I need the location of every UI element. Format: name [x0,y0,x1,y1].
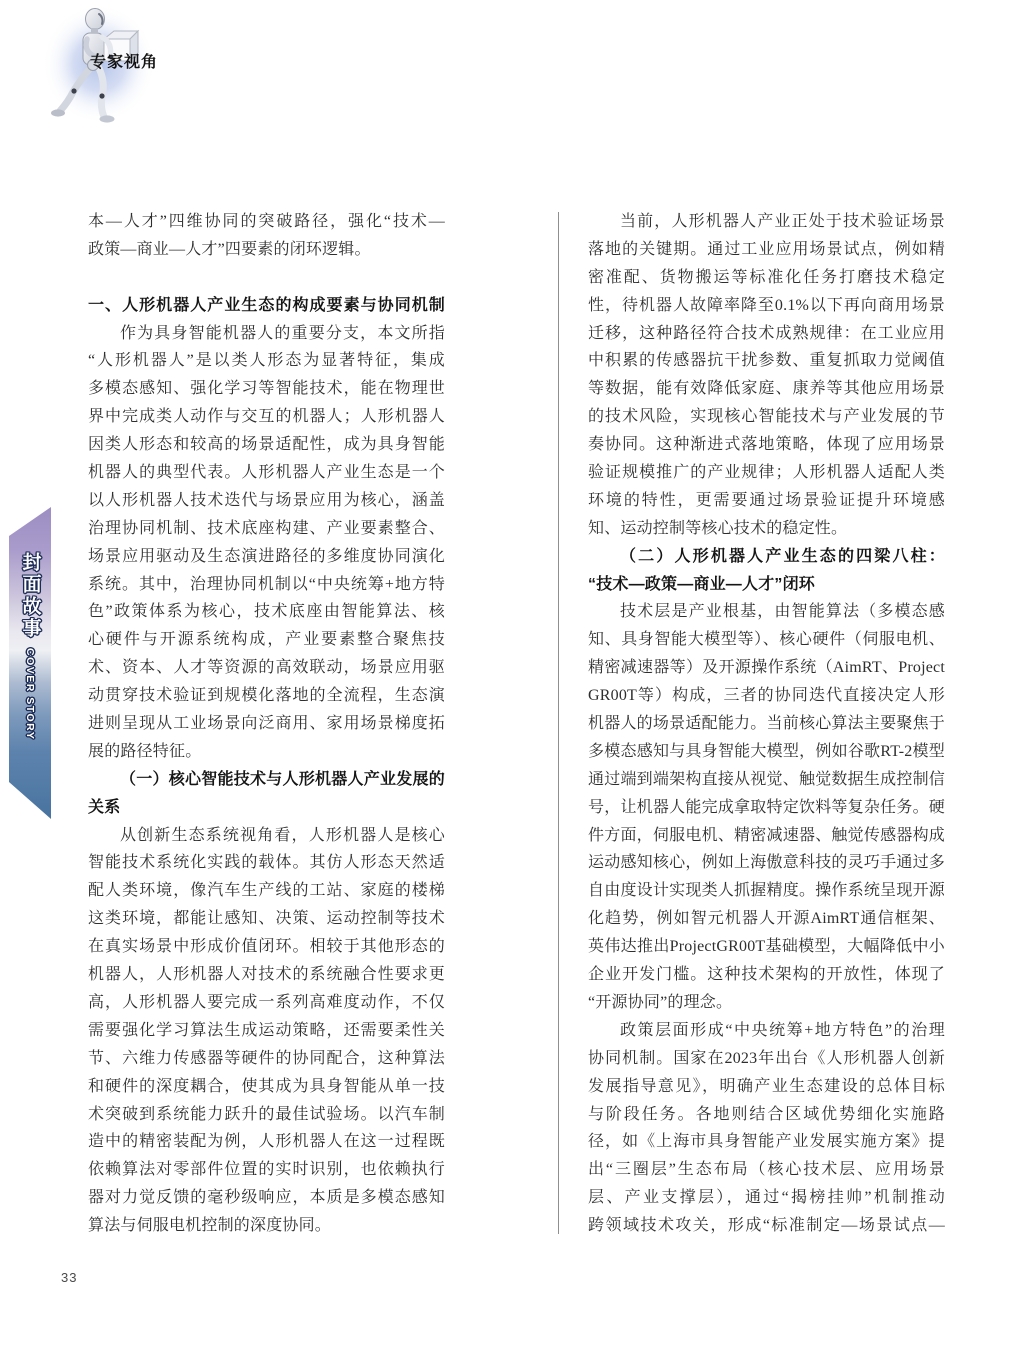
text-line: 英伟达推出ProjectGR00T基础模型，大幅降低中小 [588,933,945,961]
text-line: 迁移，这种路径符合技术成熟规律：在工业应用 [588,320,945,348]
heading-line: （一）核心智能技术与人形机器人产业发展的 [88,766,445,794]
text-line: 这类环境，都能让感知、决策、运动控制等技术 [88,905,445,933]
text-line: 从创新生态系统视角看，人形机器人是核心 [88,822,445,850]
text-line: 高，人形机器人要完成一系列高难度动作，不仅 [88,989,445,1017]
text-line: 出“三圈层”生态布局（核心技术层、应用场景 [588,1156,945,1184]
text-line: 机器人的典型代表。人形机器人产业生态是一个 [88,459,445,487]
heading-line: （二）人形机器人产业生态的四梁八柱： [588,543,945,571]
heading-line: 关系 [88,794,445,822]
text-line: 与阶段任务。各地则结合区域优势细化实施路 [588,1101,945,1129]
text-line: 性，待机器人故障率降至0.1%以下再向商用场景 [588,292,945,320]
text-line: 本—人才”四维协同的突破路径，强化“技术— [88,208,445,236]
text-line: 件方面，伺服电机、精密减速器、触觉传感器构成 [588,822,945,850]
text-line: 层、产业支撑层），通过“揭榜挂帅”机制推动 [588,1184,945,1212]
left-column: 本—人才”四维协同的突破路径，强化“技术—政策—商业—人才”四要素的闭环逻辑。一… [88,208,445,1240]
text-line: GR00T等）构成，三者的协同迭代直接决定人形 [588,682,945,710]
text-line: 运动感知核心，例如上海傲意科技的灵巧手通过多 [588,849,945,877]
text-line: 多模态感知与具身智能大模型，例如谷歌RT-2模型 [588,738,945,766]
text-line: 心硬件与开源系统构成，产业要素整合聚焦技 [88,626,445,654]
text-line: 节、六维力传感器等硬件的协同配合，这种算法 [88,1045,445,1073]
text-line: 知、具身智能大模型等）、核心硬件（伺服电机、 [588,626,945,654]
magazine-page: 专家视角 封面故事 COVER STORY 本—人才”四维协同的突破路径，强化“… [0,0,1014,1345]
text-line: 术突破到系统能力跃升的最佳试验场。以汽车制 [88,1101,445,1129]
text-line: “开源协同”的理念。 [588,989,945,1017]
text-line: 协同机制。国家在2023年出台《人形机器人创新 [588,1045,945,1073]
text-line: 因类人形态和较高的场景适配性，成为具身智能 [88,431,445,459]
text-line: 造中的精密装配为例，人形机器人在这一过程既 [88,1128,445,1156]
text-line: 奏协同。这种渐进式落地策略，体现了应用场景 [588,431,945,459]
ribbon-title-cn: 封面故事 [17,552,44,640]
text-line: 以人形机器人技术迭代与场景应用为核心，涵盖 [88,487,445,515]
text-line: 跨领域技术攻关，形成“标准制定—场景试点— [588,1212,945,1240]
text-line: 展的路径特征。 [88,738,445,766]
text-line: 政策—商业—人才”四要素的闭环逻辑。 [88,236,445,264]
page-number: 33 [61,1270,77,1285]
text-line: 中积累的传感器抗干扰参数、重复抓取力觉阈值 [588,347,945,375]
right-column: 当前，人形机器人产业正处于技术验证场景落地的关键期。通过工业应用场景试点，例如精… [588,208,945,1240]
heading-line: “技术—政策—商业—人才”闭环 [588,571,945,599]
text-line: 多模态感知、强化学习等智能技术，能在物理世 [88,375,445,403]
text-line: 密准配、货物搬运等标准化任务打磨技术稳定 [588,264,945,292]
text-line: 配人类环境，像汽车生产线的工站、家庭的楼梯 [88,877,445,905]
text-line: 作为具身智能机器人的重要分支，本文所指 [88,320,445,348]
text-line: 系统。其中，治理协同机制以“中央统筹+地方特 [88,571,445,599]
text-line: 场景应用驱动及生态演进路径的多维度协同演化 [88,543,445,571]
text-line: 的技术风险，实现核心智能技术与产业发展的节 [588,403,945,431]
text-line: 术、资本、人才等资源的高效联动，场景应用驱 [88,654,445,682]
text-line: 企业开发门槛。这种技术架构的开放性，体现了 [588,961,945,989]
text-line: 进则呈现从工业场景向泛商用、家用场景梯度拓 [88,710,445,738]
text-line: 智能技术系统化实践的载体。其仿人形态天然适 [88,849,445,877]
text-line: 等数据，能有效降低家庭、康养等其他应用场景 [588,375,945,403]
text-line: 精密减速器等）及开源操作系统（AimRT、Project [588,654,945,682]
text-line: 机器人的场景适配能力。当前核心算法主要聚焦于 [588,710,945,738]
text-line: 化趋势，例如智元机器人开源AimRT通信框架、 [588,905,945,933]
text-line: 和硬件的深度耦合，使其成为具身智能从单一技 [88,1073,445,1101]
text-line: 验证规模推广的产业规律；人形机器人适配人类 [588,459,945,487]
text-line: 界中完成类人动作与交互的机器人；人形机器人 [88,403,445,431]
text-line: 号，让机器人能完成拿取特定饮料等复杂任务。硬 [588,794,945,822]
text-line: 落地的关键期。通过工业应用场景试点，例如精 [588,236,945,264]
text-line: 器对力觉反馈的毫秒级响应，本质是多模态感知 [88,1184,445,1212]
text-line: 动贯穿技术验证到规模化落地的全流程，生态演 [88,682,445,710]
text-line: 技术层是产业根基，由智能算法（多模态感 [588,598,945,626]
text-line: 通过端到端架构直接从视觉、触觉数据生成控制信 [588,766,945,794]
text-line: 知、运动控制等核心技术的稳定性。 [588,515,945,543]
text-line: 机器人，人形机器人对技术的系统融合性要求更 [88,961,445,989]
cover-story-ribbon: 封面故事 COVER STORY [7,505,53,821]
text-line: 政策层面形成“中央统筹+地方特色”的治理 [588,1017,945,1045]
text-line: 自由度设计实现类人抓握精度。操作系统呈现开源 [588,877,945,905]
section-label: 专家视角 [90,49,158,72]
text-line: 依赖算法对零部件位置的实时识别，也依赖执行 [88,1156,445,1184]
text-line: 环境的特性，更需要通过场景验证提升环境感 [588,487,945,515]
column-divider [558,212,559,1234]
ribbon-title-en: COVER STORY [24,648,36,740]
text-line: 算法与伺服电机控制的深度协同。 [88,1212,445,1240]
text-line: 需要强化学习算法生成运动策略，还需要柔性关 [88,1017,445,1045]
text-line: “人形机器人”是以类人形态为显著特征，集成 [88,347,445,375]
blank-line [88,264,445,292]
heading-line: 一、人形机器人产业生态的构成要素与协同机制 [88,292,445,320]
text-line: 发展指导意见》，明确产业生态建设的总体目标 [588,1073,945,1101]
text-line: 色”政策体系为核心，技术底座由智能算法、核 [88,598,445,626]
text-line: 治理协同机制、技术底座构建、产业要素整合、 [88,515,445,543]
text-line: 径，如《上海市具身智能产业发展实施方案》提 [588,1128,945,1156]
text-line: 当前，人形机器人产业正处于技术验证场景 [588,208,945,236]
text-line: 在真实场景中形成价值闭环。相较于其他形态的 [88,933,445,961]
